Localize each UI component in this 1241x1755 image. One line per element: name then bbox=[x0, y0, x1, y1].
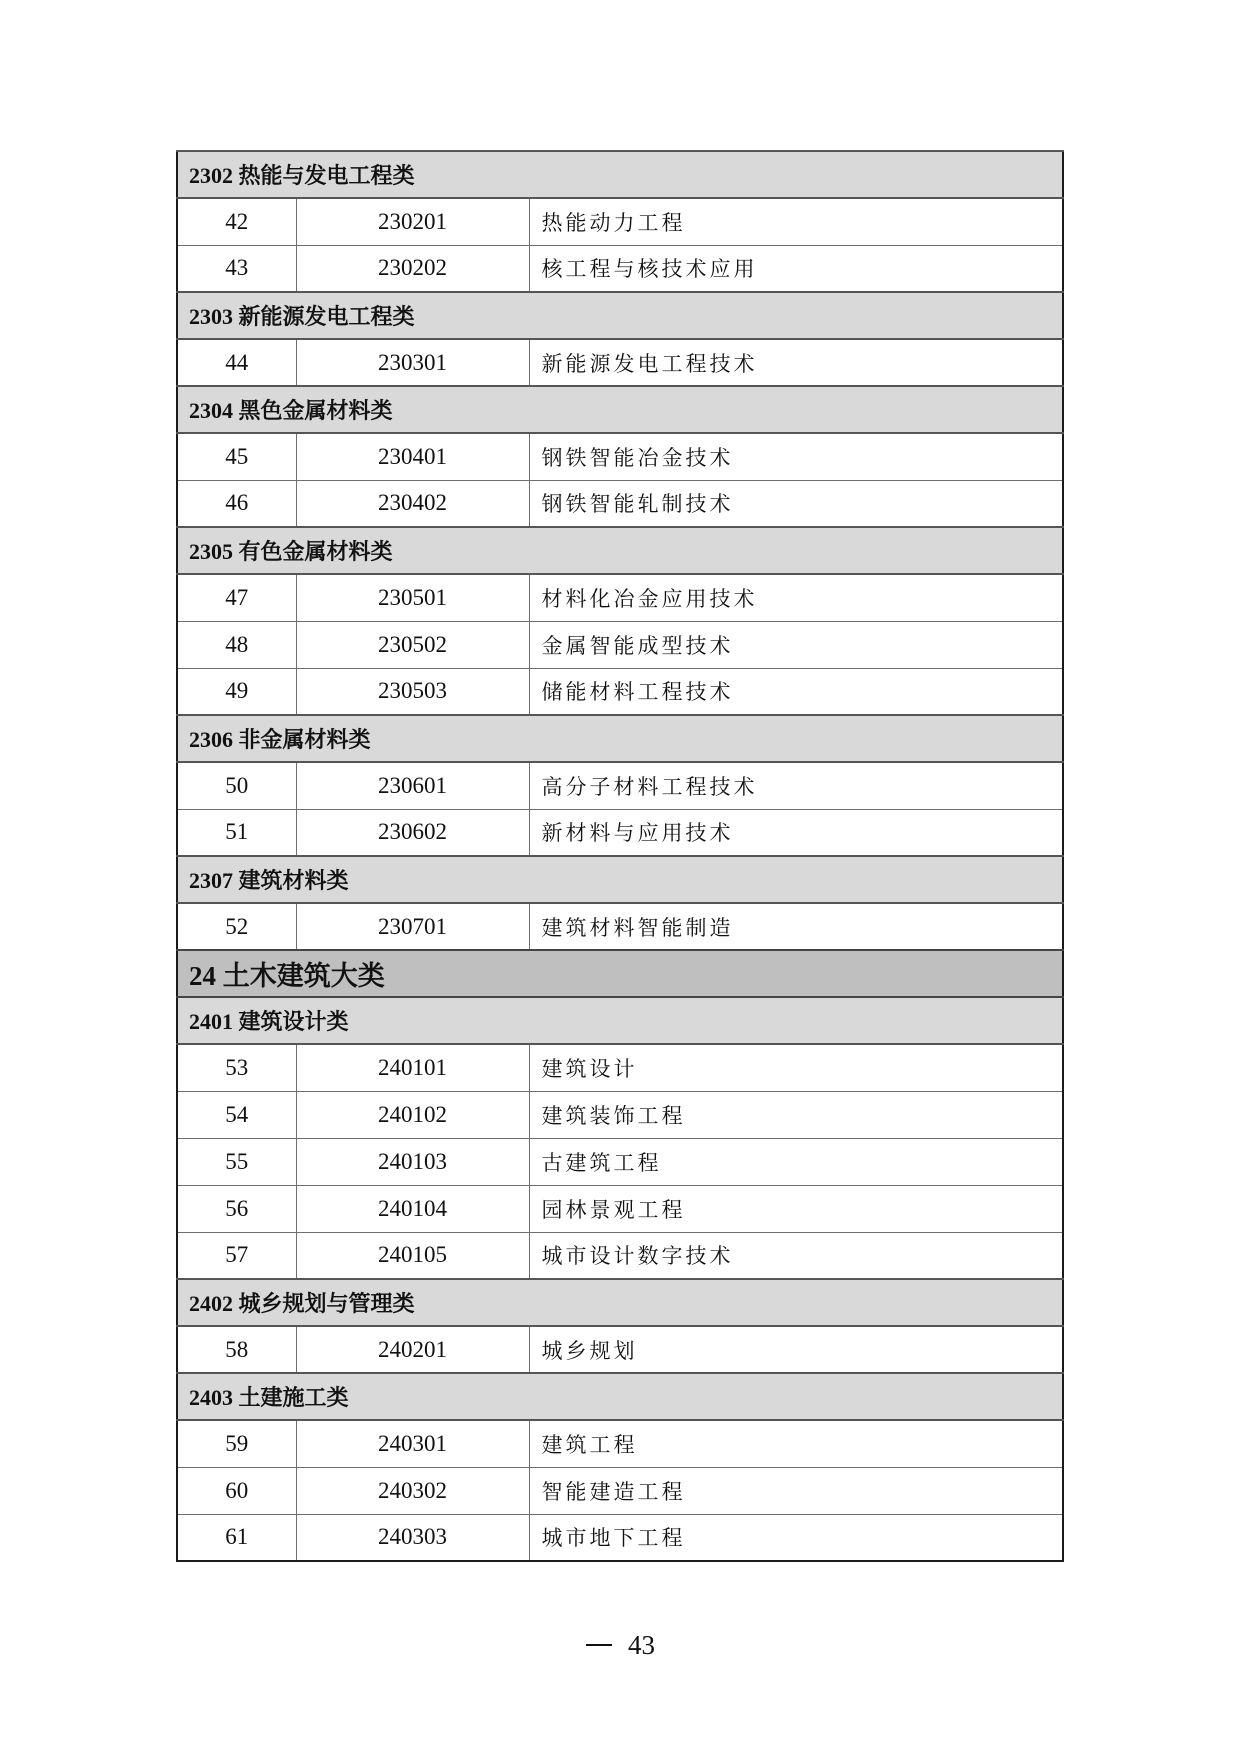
program-name: 钢铁智能轧制技术 bbox=[529, 480, 1063, 527]
subcategory-label: 2403 土建施工类 bbox=[177, 1373, 1063, 1420]
sequence-number: 43 bbox=[177, 245, 296, 292]
subcategory-row: 2302 热能与发电工程类 bbox=[177, 151, 1063, 198]
sequence-number: 61 bbox=[177, 1514, 296, 1561]
sequence-number: 44 bbox=[177, 339, 296, 386]
major-category-label: 24 土木建筑大类 bbox=[177, 950, 1063, 997]
program-code: 230501 bbox=[296, 574, 529, 621]
sequence-number: 53 bbox=[177, 1044, 296, 1091]
sequence-number: 50 bbox=[177, 762, 296, 809]
program-code: 230601 bbox=[296, 762, 529, 809]
subcategory-label: 2302 热能与发电工程类 bbox=[177, 151, 1063, 198]
subcategory-label: 2304 黑色金属材料类 bbox=[177, 386, 1063, 433]
table-row: 55240103古建筑工程 bbox=[177, 1138, 1063, 1185]
program-name: 钢铁智能冶金技术 bbox=[529, 433, 1063, 480]
subcategory-label: 2402 城乡规划与管理类 bbox=[177, 1279, 1063, 1326]
program-name: 建筑材料智能制造 bbox=[529, 903, 1063, 950]
program-name: 金属智能成型技术 bbox=[529, 621, 1063, 668]
program-name: 热能动力工程 bbox=[529, 198, 1063, 245]
program-name: 园林景观工程 bbox=[529, 1185, 1063, 1232]
table-row: 49230503储能材料工程技术 bbox=[177, 668, 1063, 715]
sequence-number: 57 bbox=[177, 1232, 296, 1279]
subcategory-label: 2401 建筑设计类 bbox=[177, 997, 1063, 1044]
sequence-number: 59 bbox=[177, 1420, 296, 1467]
program-name: 新能源发电工程技术 bbox=[529, 339, 1063, 386]
sequence-number: 42 bbox=[177, 198, 296, 245]
program-code: 230401 bbox=[296, 433, 529, 480]
subcategory-label: 2305 有色金属材料类 bbox=[177, 527, 1063, 574]
table-row: 60240302智能建造工程 bbox=[177, 1467, 1063, 1514]
table-row: 43230202核工程与核技术应用 bbox=[177, 245, 1063, 292]
sequence-number: 49 bbox=[177, 668, 296, 715]
subcategory-label: 2307 建筑材料类 bbox=[177, 856, 1063, 903]
table-row: 61240303城市地下工程 bbox=[177, 1514, 1063, 1561]
program-code: 240302 bbox=[296, 1467, 529, 1514]
table-row: 48230502金属智能成型技术 bbox=[177, 621, 1063, 668]
program-code: 230301 bbox=[296, 339, 529, 386]
program-name: 建筑设计 bbox=[529, 1044, 1063, 1091]
sequence-number: 58 bbox=[177, 1326, 296, 1373]
subcategory-row: 2307 建筑材料类 bbox=[177, 856, 1063, 903]
table-row: 56240104园林景观工程 bbox=[177, 1185, 1063, 1232]
program-name: 高分子材料工程技术 bbox=[529, 762, 1063, 809]
program-name: 核工程与核技术应用 bbox=[529, 245, 1063, 292]
program-code: 240201 bbox=[296, 1326, 529, 1373]
program-code: 240301 bbox=[296, 1420, 529, 1467]
sequence-number: 47 bbox=[177, 574, 296, 621]
program-name: 材料化冶金应用技术 bbox=[529, 574, 1063, 621]
program-name: 建筑工程 bbox=[529, 1420, 1063, 1467]
program-name: 城乡规划 bbox=[529, 1326, 1063, 1373]
sequence-number: 54 bbox=[177, 1091, 296, 1138]
program-code: 230602 bbox=[296, 809, 529, 856]
page-number: 43 bbox=[0, 1630, 1241, 1661]
program-name: 城市地下工程 bbox=[529, 1514, 1063, 1561]
table-row: 52230701建筑材料智能制造 bbox=[177, 903, 1063, 950]
program-name: 储能材料工程技术 bbox=[529, 668, 1063, 715]
subcategory-row: 2305 有色金属材料类 bbox=[177, 527, 1063, 574]
program-code: 240303 bbox=[296, 1514, 529, 1561]
table-row: 47230501材料化冶金应用技术 bbox=[177, 574, 1063, 621]
program-name: 古建筑工程 bbox=[529, 1138, 1063, 1185]
program-code: 230503 bbox=[296, 668, 529, 715]
table-row: 46230402钢铁智能轧制技术 bbox=[177, 480, 1063, 527]
program-code: 230701 bbox=[296, 903, 529, 950]
sequence-number: 56 bbox=[177, 1185, 296, 1232]
sequence-number: 51 bbox=[177, 809, 296, 856]
program-code: 230402 bbox=[296, 480, 529, 527]
table-row: 45230401钢铁智能冶金技术 bbox=[177, 433, 1063, 480]
table-row: 42230201热能动力工程 bbox=[177, 198, 1063, 245]
program-name: 智能建造工程 bbox=[529, 1467, 1063, 1514]
program-code: 230202 bbox=[296, 245, 529, 292]
subcategory-row: 2402 城乡规划与管理类 bbox=[177, 1279, 1063, 1326]
program-name: 城市设计数字技术 bbox=[529, 1232, 1063, 1279]
subcategory-label: 2303 新能源发电工程类 bbox=[177, 292, 1063, 339]
sequence-number: 55 bbox=[177, 1138, 296, 1185]
table-row: 57240105城市设计数字技术 bbox=[177, 1232, 1063, 1279]
table-body: 2302 热能与发电工程类42230201热能动力工程43230202核工程与核… bbox=[177, 151, 1063, 1561]
program-code: 240104 bbox=[296, 1185, 529, 1232]
program-code: 240102 bbox=[296, 1091, 529, 1138]
major-category-row: 24 土木建筑大类 bbox=[177, 950, 1063, 997]
program-code: 230201 bbox=[296, 198, 529, 245]
table-row: 44230301新能源发电工程技术 bbox=[177, 339, 1063, 386]
program-code: 240103 bbox=[296, 1138, 529, 1185]
subcategory-row: 2303 新能源发电工程类 bbox=[177, 292, 1063, 339]
subcategory-row: 2306 非金属材料类 bbox=[177, 715, 1063, 762]
program-name: 建筑装饰工程 bbox=[529, 1091, 1063, 1138]
subcategory-row: 2401 建筑设计类 bbox=[177, 997, 1063, 1044]
sequence-number: 48 bbox=[177, 621, 296, 668]
table-row: 54240102建筑装饰工程 bbox=[177, 1091, 1063, 1138]
subcategory-row: 2304 黑色金属材料类 bbox=[177, 386, 1063, 433]
program-name: 新材料与应用技术 bbox=[529, 809, 1063, 856]
page-number-value: 43 bbox=[628, 1630, 655, 1660]
subcategory-label: 2306 非金属材料类 bbox=[177, 715, 1063, 762]
table-row: 58240201城乡规划 bbox=[177, 1326, 1063, 1373]
sequence-number: 52 bbox=[177, 903, 296, 950]
sequence-number: 60 bbox=[177, 1467, 296, 1514]
sequence-number: 46 bbox=[177, 480, 296, 527]
program-code: 230502 bbox=[296, 621, 529, 668]
table-row: 53240101建筑设计 bbox=[177, 1044, 1063, 1091]
subcategory-row: 2403 土建施工类 bbox=[177, 1373, 1063, 1420]
page-number-dash bbox=[586, 1644, 612, 1646]
program-catalog-table: 2302 热能与发电工程类42230201热能动力工程43230202核工程与核… bbox=[176, 150, 1064, 1562]
table-row: 51230602新材料与应用技术 bbox=[177, 809, 1063, 856]
table-row: 59240301建筑工程 bbox=[177, 1420, 1063, 1467]
program-code: 240101 bbox=[296, 1044, 529, 1091]
table-row: 50230601高分子材料工程技术 bbox=[177, 762, 1063, 809]
program-code: 240105 bbox=[296, 1232, 529, 1279]
sequence-number: 45 bbox=[177, 433, 296, 480]
